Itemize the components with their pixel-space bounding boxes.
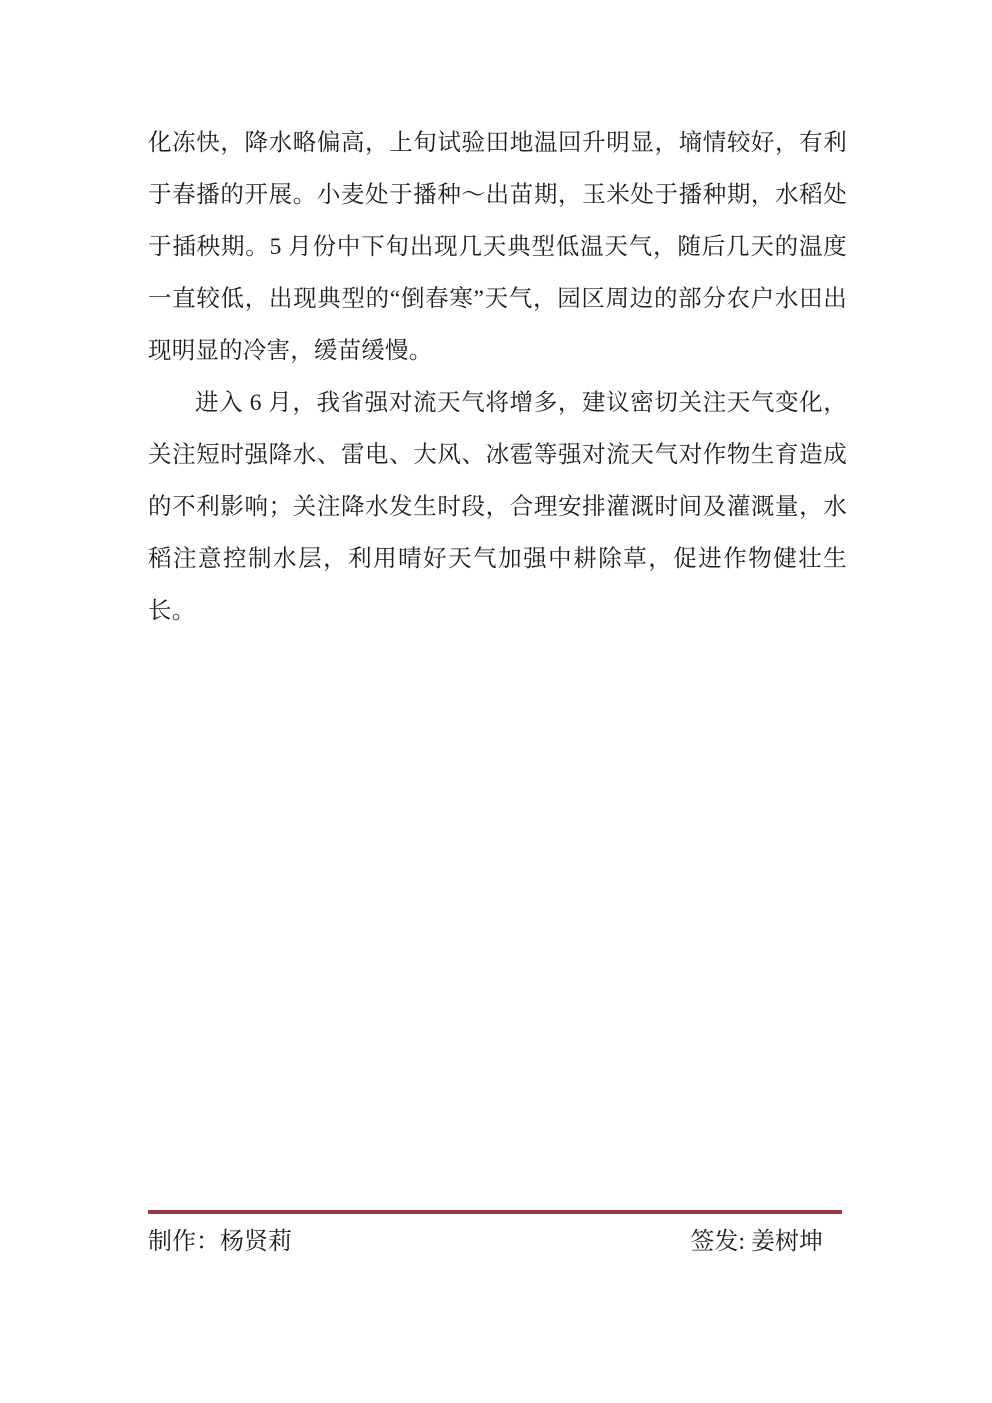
body-paragraph-2: 进入 6 月，我省强对流天气将增多，建议密切关注天气变化，关注短时强降水、雷电、… <box>148 377 847 637</box>
issuer-credit: 签发: 姜树坤 <box>690 1222 823 1262</box>
document-page: 化冻快，降水略偏高，上旬试验田地温回升明显，墒情较好，有利于春播的开展。小麦处于… <box>0 0 992 1403</box>
body-paragraph-1: 化冻快，降水略偏高，上旬试验田地温回升明显，墒情较好，有利于春播的开展。小麦处于… <box>148 117 847 377</box>
document-body: 化冻快，降水略偏高，上旬试验田地温回升明显，墒情较好，有利于春播的开展。小麦处于… <box>148 117 847 637</box>
footer-divider-line <box>148 1210 842 1214</box>
producer-credit: 制作：杨贤莉 <box>148 1222 292 1262</box>
footer: 制作：杨贤莉 签发: 姜树坤 <box>148 1222 847 1262</box>
